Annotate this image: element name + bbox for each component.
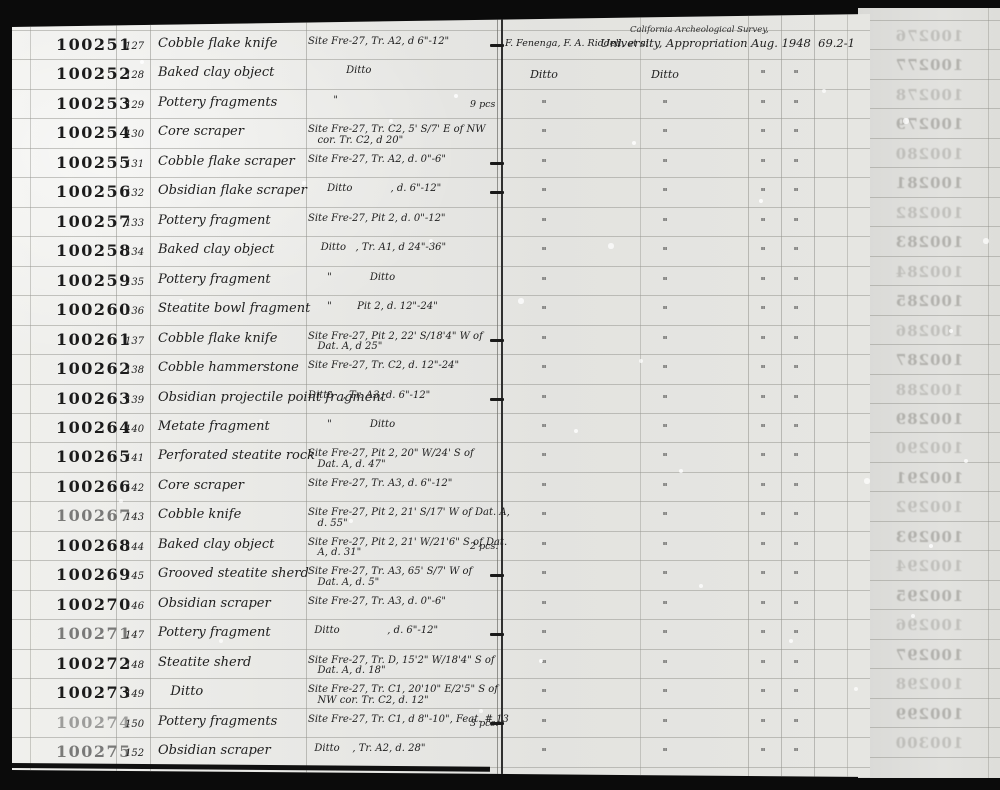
fund-ditto: " (645, 746, 685, 759)
ledger-row: 100259135Pottery fragment " Ditto"""" (12, 271, 870, 297)
ditto-mark: " (749, 393, 777, 406)
provenience: Site Fre-27, Tr. D, 15'2" W/18'4" S of D… (308, 656, 495, 677)
ledger-row: 100266142Core scraperSite Fre-27, Tr. A3… (12, 477, 870, 503)
mirrored-catalog-number: 100288 (886, 381, 972, 399)
ledger-row: 100268144Baked clay objectSite Fre-27, P… (12, 536, 870, 562)
artifact-description: Cobble knife (158, 507, 241, 522)
ditto-mark: " (749, 658, 777, 671)
item-number: 144 (125, 542, 144, 553)
catalog-number: 100257 (56, 212, 132, 231)
artifact-description: Ditto (158, 684, 203, 699)
ditto-mark: " (782, 422, 810, 435)
ledger-row: 100252128Baked clay object DittoDittoDit… (12, 64, 870, 90)
ditto-mark: " (782, 245, 810, 258)
ditto-mark: " (749, 68, 777, 81)
item-number: 132 (125, 188, 144, 199)
mirrored-catalog-number: 100276 (886, 27, 972, 45)
catalog-number: 100266 (56, 477, 132, 496)
ledger-row: 100265141Perforated steatite rockSite Fr… (12, 447, 870, 473)
provenience: Site Fre-27, Pit 2, 20" W/24' S of Dat. … (308, 449, 474, 470)
rule-line (858, 226, 1000, 227)
ditto-mark: " (782, 304, 810, 317)
provenience: Site Fre-27, Tr. A2, d 6"-12" (308, 37, 449, 48)
ledger-row: 100264140Metate fragment " Ditto"""" (12, 418, 870, 444)
rule-line (858, 757, 1000, 758)
fund-ditto: " (645, 363, 685, 376)
ditto-mark: " (782, 717, 810, 730)
collector-ditto: " (524, 569, 564, 582)
collector-ditto: " (524, 599, 564, 612)
ditto-mark: " (749, 746, 777, 759)
check-tick (490, 339, 504, 342)
item-number: 129 (125, 100, 144, 111)
ditto-mark: " (749, 569, 777, 582)
provenience: Site Fre-27, Tr. A3, d. 6"-12" (308, 479, 452, 490)
ledger-row: 100263139Obsidian projectile point fragm… (12, 389, 870, 415)
catalog-number: 100262 (56, 359, 132, 378)
item-number: 139 (125, 395, 144, 406)
catalog-number: 100264 (56, 418, 132, 437)
ledger-row: 100256132Obsidian flake scraper Ditto , … (12, 182, 870, 208)
artifact-description: Steatite sherd (158, 655, 251, 670)
ditto-mark: " (782, 68, 810, 81)
catalog-number: 100271 (56, 624, 132, 643)
provenience: Ditto , d. 6"-12" (308, 626, 438, 637)
fund-ditto: " (645, 717, 685, 730)
ditto-mark: " (749, 599, 777, 612)
ditto-mark: " (782, 569, 810, 582)
mirrored-catalog-number: 100298 (886, 675, 972, 693)
rule-line (858, 374, 1000, 375)
mirrored-catalog-number: 100285 (886, 292, 972, 310)
item-number: 145 (125, 571, 144, 582)
ditto-mark: " (749, 451, 777, 464)
item-number: 131 (125, 159, 144, 170)
catalog-number: 100268 (56, 536, 132, 555)
collector-ditto: " (524, 393, 564, 406)
piece-count: 9 pcs (470, 99, 495, 110)
rule-line (858, 550, 1000, 551)
ledger-row: 100262138Cobble hammerstoneSite Fre-27, … (12, 359, 870, 385)
next-page-bleed-through: 1002761002771002781002791002801002811002… (858, 8, 1000, 778)
fund-ditto: " (645, 127, 685, 140)
collector-ditto: " (524, 451, 564, 464)
item-number: 136 (125, 306, 144, 317)
item-number: 135 (125, 277, 144, 288)
item-number: 137 (125, 336, 144, 347)
artifact-description: Pottery fragment (158, 213, 271, 228)
rule-line (858, 639, 1000, 640)
catalog-number: 100253 (56, 94, 132, 113)
artifact-description: Perforated steatite rock (158, 448, 315, 463)
ditto-mark: " (782, 393, 810, 406)
fund-ditto: " (645, 451, 685, 464)
item-number: 146 (125, 601, 144, 612)
fund-ditto: " (645, 304, 685, 317)
rule-line (858, 167, 1000, 168)
provenience: " Ditto (308, 273, 395, 284)
ledger-row: 100257133Pottery fragmentSite Fre-27, Pi… (12, 212, 870, 238)
rule-line (858, 609, 1000, 610)
collector-ditto: " (524, 245, 564, 258)
artifact-description: Pottery fragment (158, 272, 271, 287)
item-number: 134 (125, 247, 144, 258)
ditto-mark: " (782, 186, 810, 199)
collector-ditto: " (524, 186, 564, 199)
ditto-mark: " (749, 275, 777, 288)
ledger-row: 100260136Steatite bowl fragment " Pit 2,… (12, 300, 870, 326)
provenience: Site Fre-27, Tr. A2, d. 0"-6" (308, 155, 446, 166)
catalog-number: 100255 (56, 153, 132, 172)
fund-ditto: " (645, 334, 685, 347)
item-number: 152 (125, 748, 144, 759)
catalog-number: 100269 (56, 565, 132, 584)
rule-line (858, 344, 1000, 345)
ditto-mark: " (782, 363, 810, 376)
provenience: Ditto , Tr. A3, d. 6"-12" (308, 391, 430, 402)
ditto-mark: " (782, 510, 810, 523)
mirrored-catalog-number: 100293 (886, 528, 972, 546)
item-number: 148 (125, 660, 144, 671)
ledger-row: 100261137Cobble flake knifeSite Fre-27, … (12, 330, 870, 356)
mirrored-catalog-number: 100282 (886, 204, 972, 222)
mirrored-catalog-number: 100281 (886, 174, 972, 192)
ditto-mark: " (749, 186, 777, 199)
item-number: 142 (125, 483, 144, 494)
artifact-description: Obsidian scraper (158, 743, 271, 758)
ledger-row: 100272148Steatite sherdSite Fre-27, Tr. … (12, 654, 870, 680)
collector-ditto: " (524, 717, 564, 730)
collector-ditto: " (524, 127, 564, 140)
collector-ditto: " (524, 334, 564, 347)
ditto-mark: " (749, 628, 777, 641)
mirrored-catalog-number: 100300 (886, 734, 972, 752)
ledger-row: 100274150Pottery fragmentsSite Fre-27, T… (12, 713, 870, 739)
catalog-number: 100261 (56, 330, 132, 349)
ditto-mark: " (749, 481, 777, 494)
item-number: 138 (125, 365, 144, 376)
ditto-mark: " (749, 363, 777, 376)
ditto-mark: " (782, 599, 810, 612)
fund-ditto: " (645, 658, 685, 671)
artifact-description: Steatite bowl fragment (158, 301, 310, 316)
provenience: Site Fre-27, Tr. A3, 65' S/7' W of Dat. … (308, 567, 472, 588)
mirrored-catalog-number: 100280 (886, 145, 972, 163)
mirrored-catalog-number: 100279 (886, 115, 972, 133)
item-number: 140 (125, 424, 144, 435)
collector-ditto: " (524, 422, 564, 435)
rule-line (858, 462, 1000, 463)
provenience: " (308, 96, 338, 107)
provenience: Ditto , d. 6"-12" (308, 184, 441, 195)
ditto-mark: " (749, 98, 777, 111)
mirrored-catalog-number: 100287 (886, 351, 972, 369)
rule-line (858, 197, 1000, 198)
check-tick (490, 191, 504, 194)
mirrored-catalog-number: 100284 (886, 263, 972, 281)
ditto-mark: " (749, 216, 777, 229)
mirrored-catalog-number: 100294 (886, 557, 972, 575)
mirrored-catalog-number: 100283 (886, 233, 972, 251)
catalog-number: 100267 (56, 506, 132, 525)
ditto-mark: " (749, 157, 777, 170)
rule-line (858, 138, 1000, 139)
collector-ditto: " (524, 746, 564, 759)
ledger-row: 100254130Core scraperSite Fre-27, Tr. C2… (12, 123, 870, 149)
ditto-mark: " (782, 157, 810, 170)
rule-line (858, 521, 1000, 522)
fund-ditto: " (645, 540, 685, 553)
check-tick (490, 722, 504, 725)
catalog-number: 100273 (56, 683, 132, 702)
fund-ditto: " (645, 628, 685, 641)
catalog-number: 100251 (56, 35, 132, 54)
survey-annotation: California Archeological Survey, (630, 25, 769, 35)
ledger-row: 100258134Baked clay object Ditto , Tr. A… (12, 241, 870, 267)
catalog-number: 100254 (56, 123, 132, 142)
item-number: 143 (125, 512, 144, 523)
collector-ditto: " (524, 540, 564, 553)
provenience: Site Fre-27, Tr. C1, 20'10" E/2'5" S of … (308, 685, 498, 706)
rule-line (858, 108, 1000, 109)
collector-ditto: Ditto (524, 68, 564, 81)
artifact-description: Baked clay object (158, 242, 274, 257)
item-number: 127 (125, 41, 144, 52)
item-number: 130 (125, 129, 144, 140)
ditto-mark: " (749, 510, 777, 523)
check-tick (490, 398, 504, 401)
provenience: Ditto , Tr. A1, d 24"-36" (308, 243, 446, 254)
column-line (988, 8, 989, 778)
artifact-description: Obsidian flake scraper (158, 183, 307, 198)
fund-ditto: " (645, 481, 685, 494)
provenience: Site Fre-27, Pit 2, 21' S/17' W of Dat. … (308, 508, 510, 529)
fund-ditto: " (645, 245, 685, 258)
artifact-description: Grooved steatite sherd (158, 566, 309, 581)
ditto-mark: " (782, 658, 810, 671)
artifact-description: Core scraper (158, 124, 244, 139)
ledger-row: 100273149 DittoSite Fre-27, Tr. C1, 20'1… (12, 683, 870, 709)
fund-ditto: " (645, 510, 685, 523)
provenience: Site Fre-27, Tr. A3, d. 0"-6" (308, 597, 446, 608)
provenience: Site Fre-27, Tr. C2, 5' S/7' E of NW cor… (308, 125, 486, 146)
mirrored-catalog-number: 100295 (886, 587, 972, 605)
item-number: 150 (125, 719, 144, 730)
collector-ditto: " (524, 510, 564, 523)
ledger-row: 100253129Pottery fragments "9 pcs"""" (12, 94, 870, 120)
fund-ditto: Ditto (645, 68, 685, 81)
rule-line (858, 49, 1000, 50)
rule-line (858, 727, 1000, 728)
collector-ditto: " (524, 658, 564, 671)
artifact-description: Obsidian scraper (158, 596, 271, 611)
provenience: Site Fre-27, Pit 2, d. 0"-12" (308, 214, 446, 225)
catalog-number: 100272 (56, 654, 132, 673)
fund-ditto: " (645, 157, 685, 170)
mirrored-catalog-number: 100278 (886, 86, 972, 104)
collector-ditto: " (524, 363, 564, 376)
rule-line (858, 403, 1000, 404)
rule-line (858, 668, 1000, 669)
ditto-mark: " (782, 628, 810, 641)
provenience: Site Fre-27, Tr. C2, d. 12"-24" (308, 361, 459, 372)
fund-annotation: University, Appropriation Aug. 1948 69.2… (600, 36, 855, 50)
provenience: Ditto , Tr. A2, d. 28" (308, 744, 425, 755)
artifact-description: Cobble flake knife (158, 36, 277, 51)
mirrored-catalog-number: 100296 (886, 616, 972, 634)
artifact-description: Pottery fragment (158, 625, 271, 640)
collector-ditto: " (524, 481, 564, 494)
mirrored-catalog-number: 100292 (886, 498, 972, 516)
mirrored-catalog-number: 100291 (886, 469, 972, 487)
photo-of-ledger-page: { "document": { "type": "museum-accessio… (0, 0, 1000, 790)
artifact-description: Pottery fragments (158, 95, 277, 110)
ledger-row: 100255131Cobble flake scraperSite Fre-27… (12, 153, 870, 179)
ledger-row: 100267143Cobble knifeSite Fre-27, Pit 2,… (12, 506, 870, 532)
ditto-mark: " (782, 127, 810, 140)
ditto-mark: " (782, 540, 810, 553)
fund-ditto: " (645, 422, 685, 435)
catalog-number: 100275 (56, 742, 132, 761)
artifact-description: Baked clay object (158, 65, 274, 80)
ditto-mark: " (782, 451, 810, 464)
mirrored-catalog-number: 100297 (886, 646, 972, 664)
dust-specks (0, 0, 2, 2)
item-number: 128 (125, 70, 144, 81)
mirrored-catalog-number: 100299 (886, 705, 972, 723)
catalog-number: 100258 (56, 241, 132, 260)
catalog-number: 100265 (56, 447, 132, 466)
artifact-description: Baked clay object (158, 537, 274, 552)
mirrored-catalog-number: 100289 (886, 410, 972, 428)
ledger-page: 100251127Cobble flake knifeSite Fre-27, … (12, 14, 870, 777)
ditto-mark: " (749, 334, 777, 347)
fund-ditto: " (645, 216, 685, 229)
collector-ditto: " (524, 157, 564, 170)
collector-ditto: " (524, 275, 564, 288)
ditto-mark: " (749, 422, 777, 435)
artifact-description: Cobble flake scraper (158, 154, 295, 169)
artifact-description: Metate fragment (158, 419, 270, 434)
rule-line (858, 20, 1000, 21)
fund-ditto: " (645, 186, 685, 199)
fund-ditto: " (645, 569, 685, 582)
mirrored-catalog-number: 100290 (886, 439, 972, 457)
ditto-mark: " (749, 717, 777, 730)
item-number: 147 (125, 630, 144, 641)
ledger-row: 100270146Obsidian scraperSite Fre-27, Tr… (12, 595, 870, 621)
rule-line (858, 256, 1000, 257)
item-number: 149 (125, 689, 144, 700)
item-number: 133 (125, 218, 144, 229)
rule-line (858, 698, 1000, 699)
ditto-mark: " (782, 481, 810, 494)
ditto-mark: " (782, 746, 810, 759)
fund-ditto: " (645, 687, 685, 700)
provenience: Site Fre-27, Pit 2, 22' S/18'4" W of Dat… (308, 332, 483, 353)
provenience: " Pit 2, d. 12"-24" (308, 302, 438, 313)
fund-ditto: " (645, 599, 685, 612)
collector-ditto: " (524, 687, 564, 700)
ditto-mark: " (782, 334, 810, 347)
ditto-mark: " (782, 687, 810, 700)
collector-ditto: " (524, 628, 564, 641)
check-tick (490, 162, 504, 165)
catalog-number: 100263 (56, 389, 132, 408)
ditto-mark: " (749, 245, 777, 258)
ditto-mark: " (782, 98, 810, 111)
ditto-mark: " (749, 127, 777, 140)
rule-line (858, 285, 1000, 286)
artifact-description: Core scraper (158, 478, 244, 493)
fund-ditto: " (645, 393, 685, 406)
catalog-number: 100274 (56, 713, 132, 732)
catalog-number: 100260 (56, 300, 132, 319)
check-tick (490, 44, 504, 47)
provenience: " Ditto (308, 420, 395, 431)
rule-line (858, 580, 1000, 581)
check-tick (490, 574, 504, 577)
catalog-number: 100270 (56, 595, 132, 614)
ditto-mark: " (749, 540, 777, 553)
artifact-description: Cobble flake knife (158, 331, 277, 346)
ledger-row: 100271147Pottery fragment Ditto , d. 6"-… (12, 624, 870, 650)
collector-ditto: " (524, 304, 564, 317)
rule-line (858, 491, 1000, 492)
ditto-mark: " (749, 304, 777, 317)
ditto-mark: " (782, 216, 810, 229)
mirrored-catalog-number: 100277 (886, 56, 972, 74)
ditto-mark: " (782, 275, 810, 288)
rule-line (858, 315, 1000, 316)
collector-ditto: " (524, 216, 564, 229)
catalog-number: 100259 (56, 271, 132, 290)
rule-line (858, 79, 1000, 80)
provenience: Ditto (308, 66, 371, 77)
fund-ditto: " (645, 98, 685, 111)
rule-line (858, 432, 1000, 433)
item-number: 141 (125, 453, 144, 464)
fund-ditto: " (645, 275, 685, 288)
artifact-description: Pottery fragments (158, 714, 277, 729)
check-tick (490, 633, 504, 636)
piece-count: 2 pcs. (470, 541, 498, 552)
ditto-mark: " (749, 687, 777, 700)
ledger-row: 100269145Grooved steatite sherdSite Fre-… (12, 565, 870, 591)
collector-ditto: " (524, 98, 564, 111)
catalog-number: 100252 (56, 64, 132, 83)
mirrored-catalog-number: 100286 (886, 322, 972, 340)
artifact-description: Cobble hammerstone (158, 360, 299, 375)
catalog-number: 100256 (56, 182, 132, 201)
